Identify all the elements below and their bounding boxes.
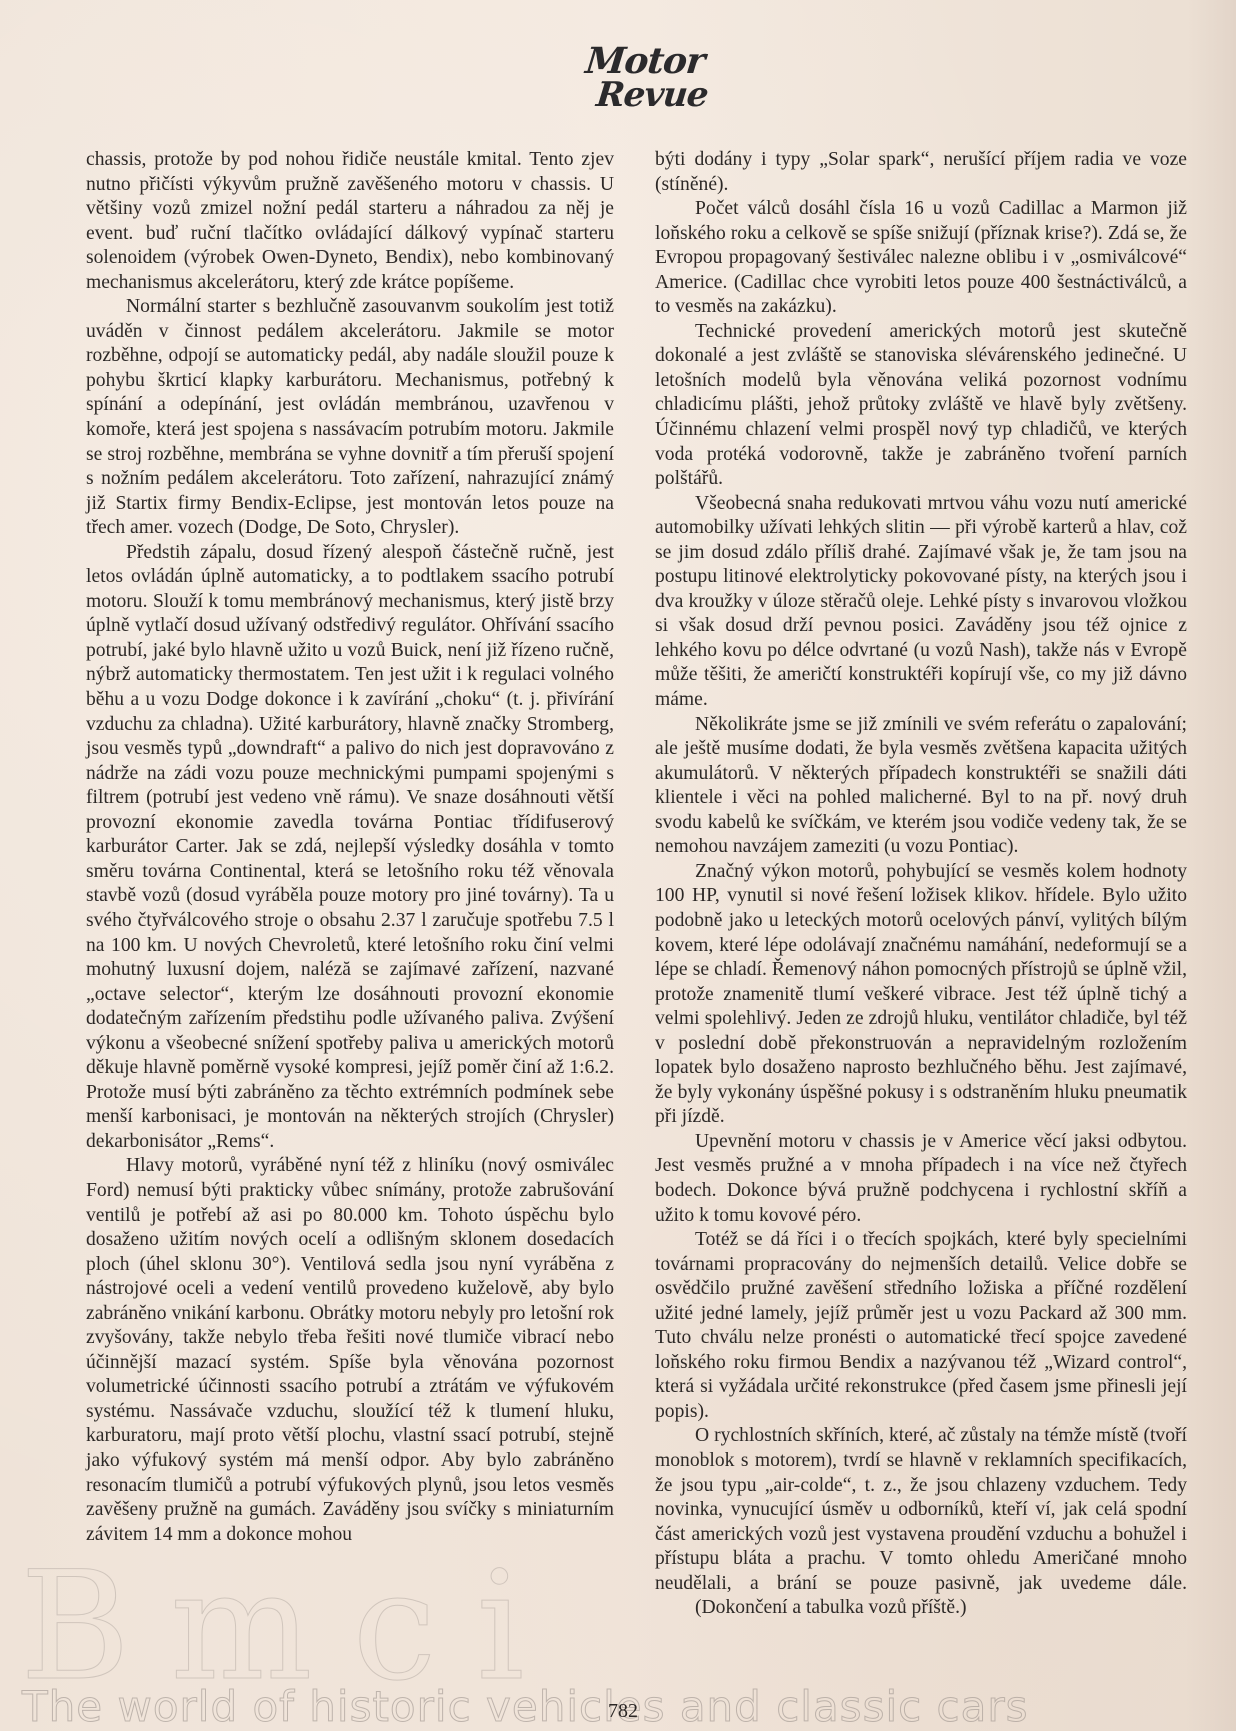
paragraph: Totéž se dá říci i o třecích spojkách, k… (655, 1228, 1187, 1424)
paragraph: Hlavy motorů, vyráběné nyní též z hliník… (86, 1154, 614, 1547)
magazine-page: Motor Revue chassis, protože by pod noho… (0, 0, 1236, 1731)
paragraph: Předstih zápalu, dosud řízený alespoň čá… (86, 541, 614, 1155)
paragraph: Normální starter s bezhlučně zasouvanvm … (86, 295, 614, 540)
masthead-logo: Motor Revue (580, 44, 710, 124)
paragraph-text: O rychlostních skříních, které, ač zůsta… (655, 1425, 1187, 1593)
paragraph: Technické provedení amerických motorů je… (655, 320, 1187, 492)
paragraph: Počet válců dosáhl čísla 16 u vozů Cadil… (655, 197, 1187, 320)
continuation-note: (Dokončení a tabulka vozů příště.) (695, 1597, 967, 1618)
masthead-line-2: Revue (592, 78, 712, 112)
right-column: býti dodány i typy „Solar spark“, neruší… (655, 148, 1187, 1621)
watermark-logo: Bmci (20, 1540, 564, 1714)
page-number: 782 (608, 1700, 638, 1723)
paragraph: Několikráte jsme se již zmínili ve svém … (655, 713, 1187, 860)
last-paragraph: O rychlostních skříních, které, ač zůsta… (655, 1424, 1187, 1620)
watermark-text: The world of historic vehicles and class… (22, 1682, 1029, 1731)
paragraph: býti dodány i typy „Solar spark“, neruší… (655, 148, 1187, 197)
paragraph: chassis, protože by pod nohou řidiče neu… (86, 148, 614, 295)
paragraph: Všeobecná snaha redukovati mrtvou váhu v… (655, 492, 1187, 713)
left-column: chassis, protože by pod nohou řidiče neu… (86, 148, 614, 1547)
paragraph: Upevnění motoru v chassis je v Americe v… (655, 1130, 1187, 1228)
masthead-line-1: Motor (578, 44, 712, 78)
paragraph: Značný výkon motorů, pohybující se vesmě… (655, 860, 1187, 1130)
